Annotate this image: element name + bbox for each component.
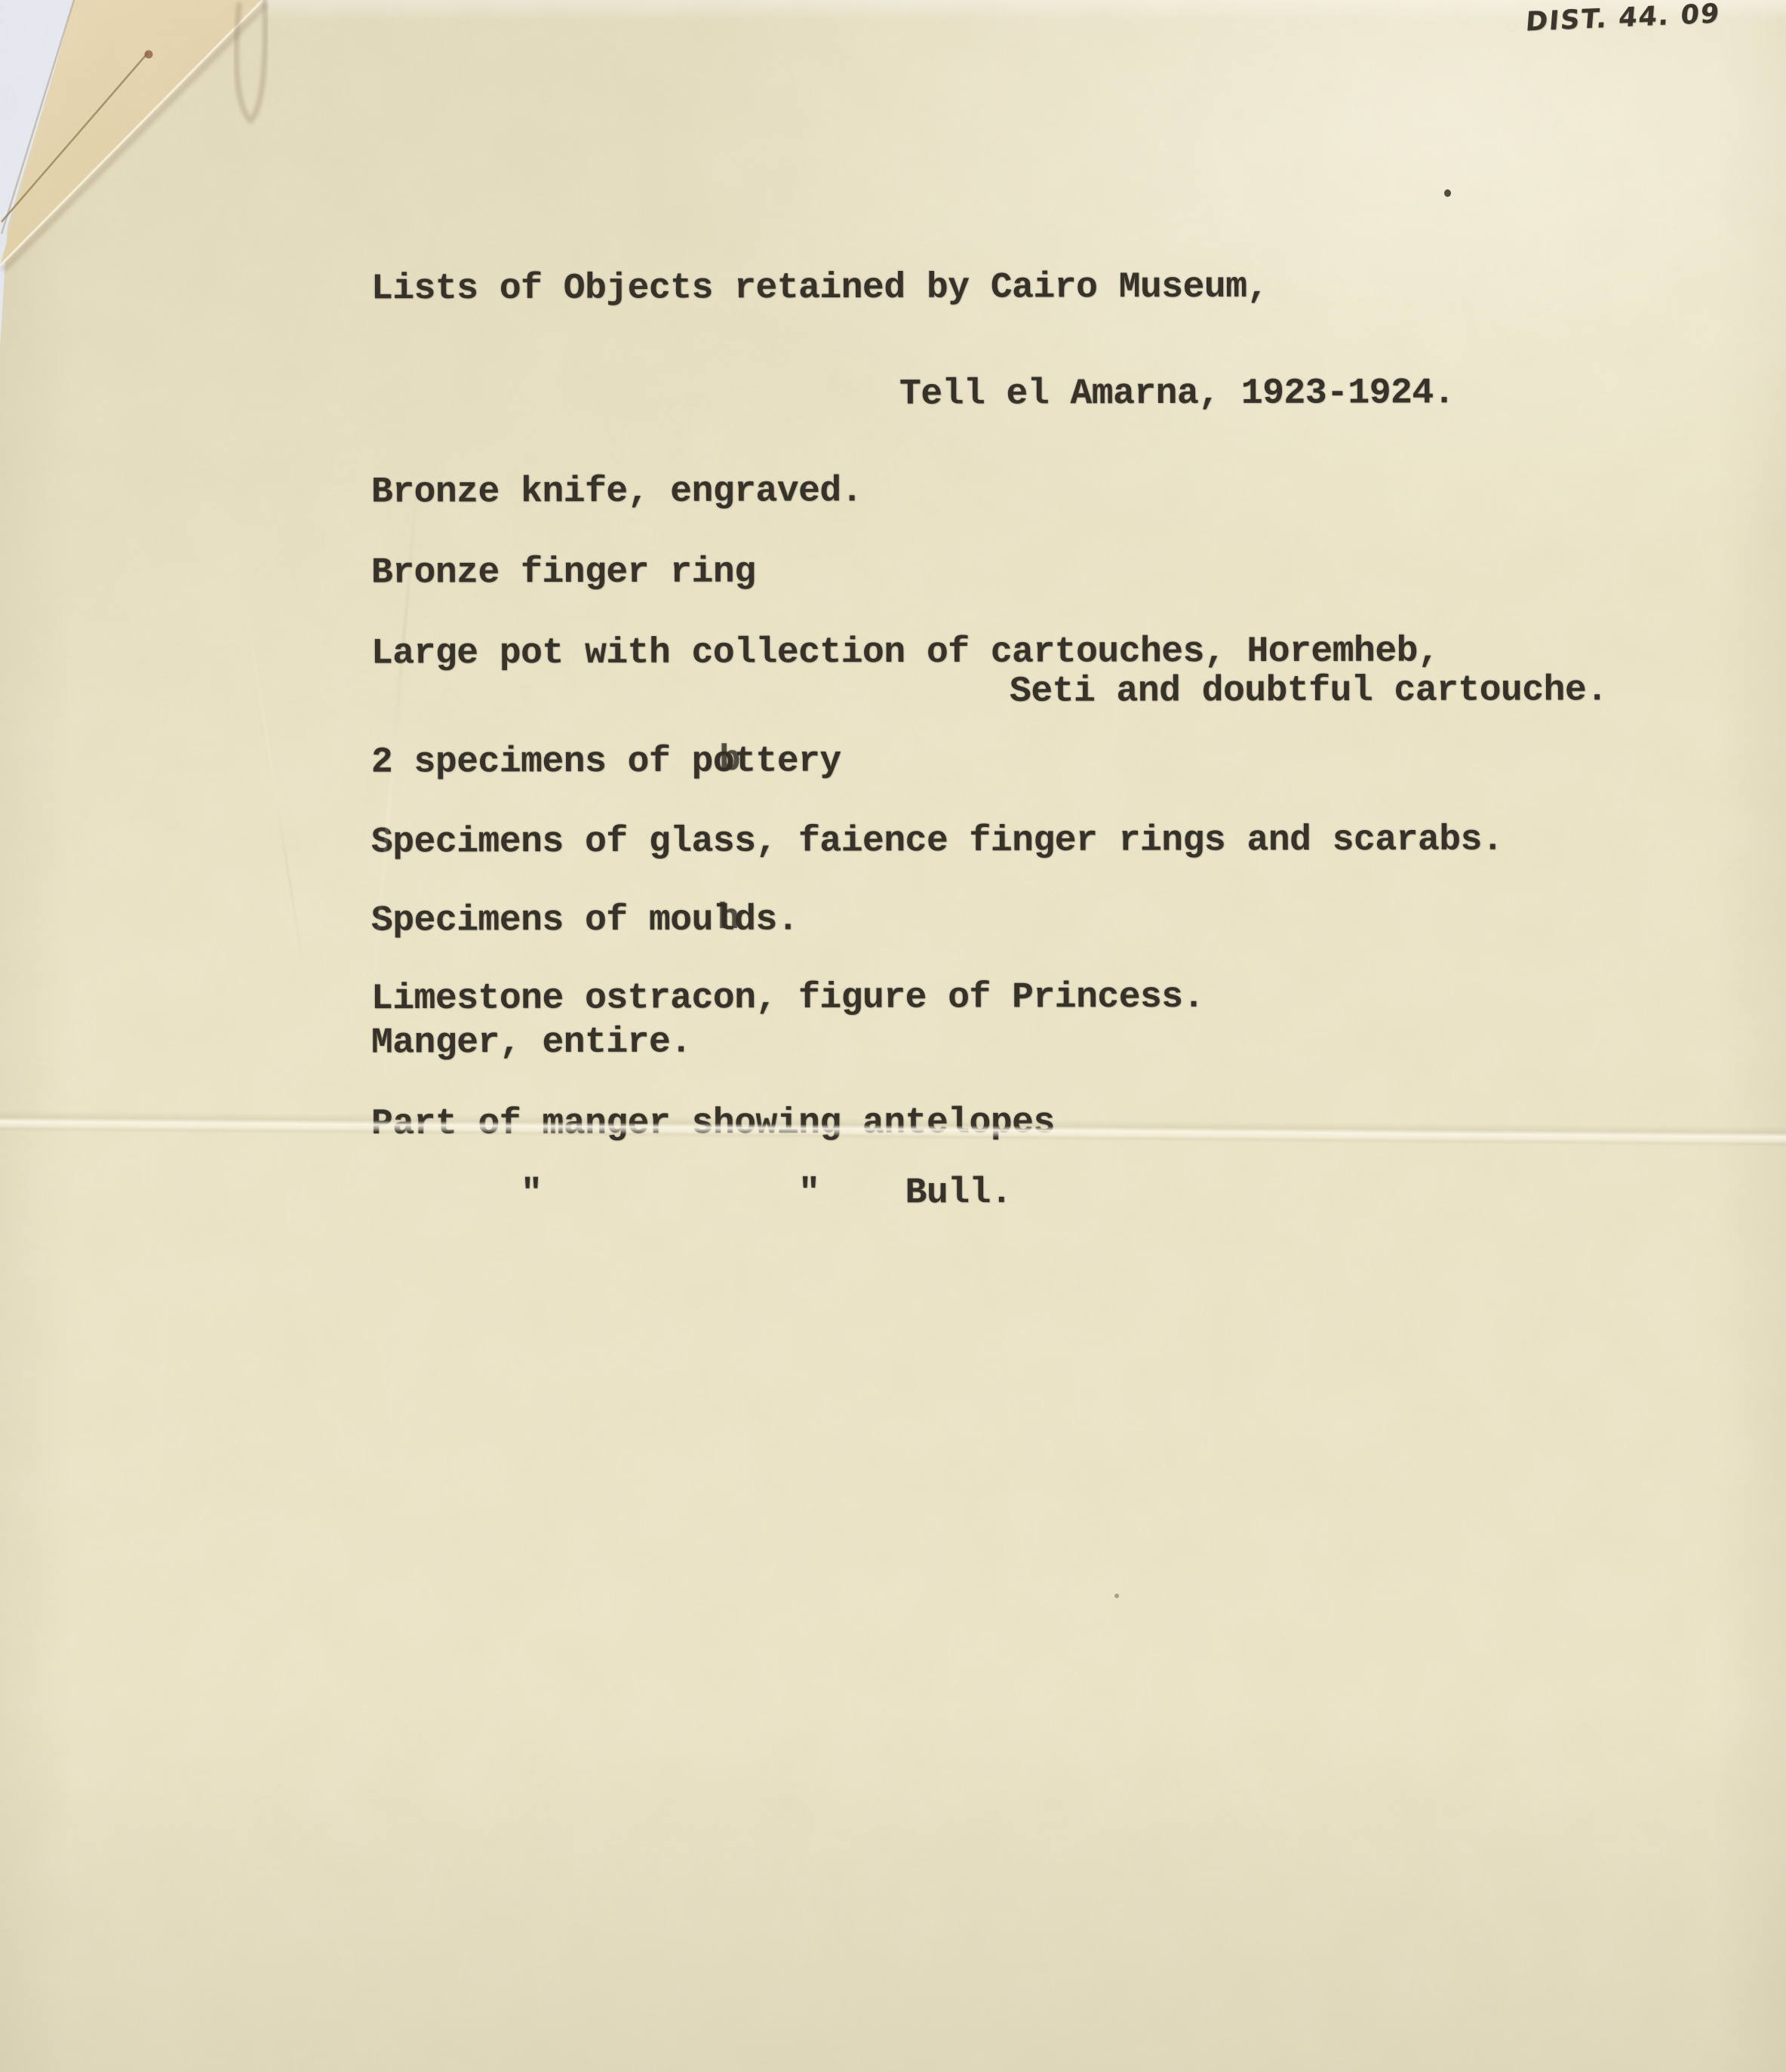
list-item-bronze-finger-ring: Bronze finger ring — [371, 554, 756, 591]
rust-spot — [145, 51, 153, 59]
list-item-seti-continuation: Seti and doubtful cartouche. — [1010, 672, 1608, 710]
list-item-bronze-knife: Bronze knife, engraved. — [371, 473, 862, 510]
list-item-limestone-ostracon: Limestone ostracon, figure of Princess. — [371, 979, 1204, 1017]
list-item-large-pot: Large pot with collection of cartouches,… — [371, 634, 1439, 672]
title-line-1: Lists of Objects retained by Cairo Museu… — [371, 269, 1268, 307]
corner-crease-line — [2, 53, 148, 222]
list-item-ditto-bull: " " Bull. — [371, 1175, 1012, 1213]
ink-speck — [809, 286, 813, 290]
folded-corner-artwork — [0, 0, 392, 407]
typo-overstrike-moulds: h — [718, 901, 739, 937]
list-item-glass-faience: Specimens of glass, faience finger rings… — [371, 822, 1503, 860]
ink-speck — [1114, 1594, 1119, 1598]
paper-grain-texture — [0, 0, 1786, 2072]
list-item-manger-antelopes: Part of manger showing antelopes — [371, 1105, 1055, 1142]
list-item-pottery-specimens: 2 specimens of pottery — [371, 743, 841, 780]
scanned-typewritten-letter: DIST. 44. 09 Lists of Objects retained b… — [0, 0, 1786, 2072]
typo-overstrike-pottery: b — [719, 742, 741, 779]
faint-crease — [240, 576, 306, 979]
archive-number-annotation: DIST. 44. 09 — [1525, 0, 1722, 38]
paperclip-stain — [236, 0, 265, 121]
ink-speck — [1444, 189, 1451, 197]
list-item-manger-entire: Manger, entire. — [371, 1025, 692, 1062]
folded-paper-flap — [0, 0, 263, 266]
title-line-2: Tell el Amarna, 1923-1924. — [899, 375, 1455, 413]
scan-bed-corner — [0, 0, 75, 347]
